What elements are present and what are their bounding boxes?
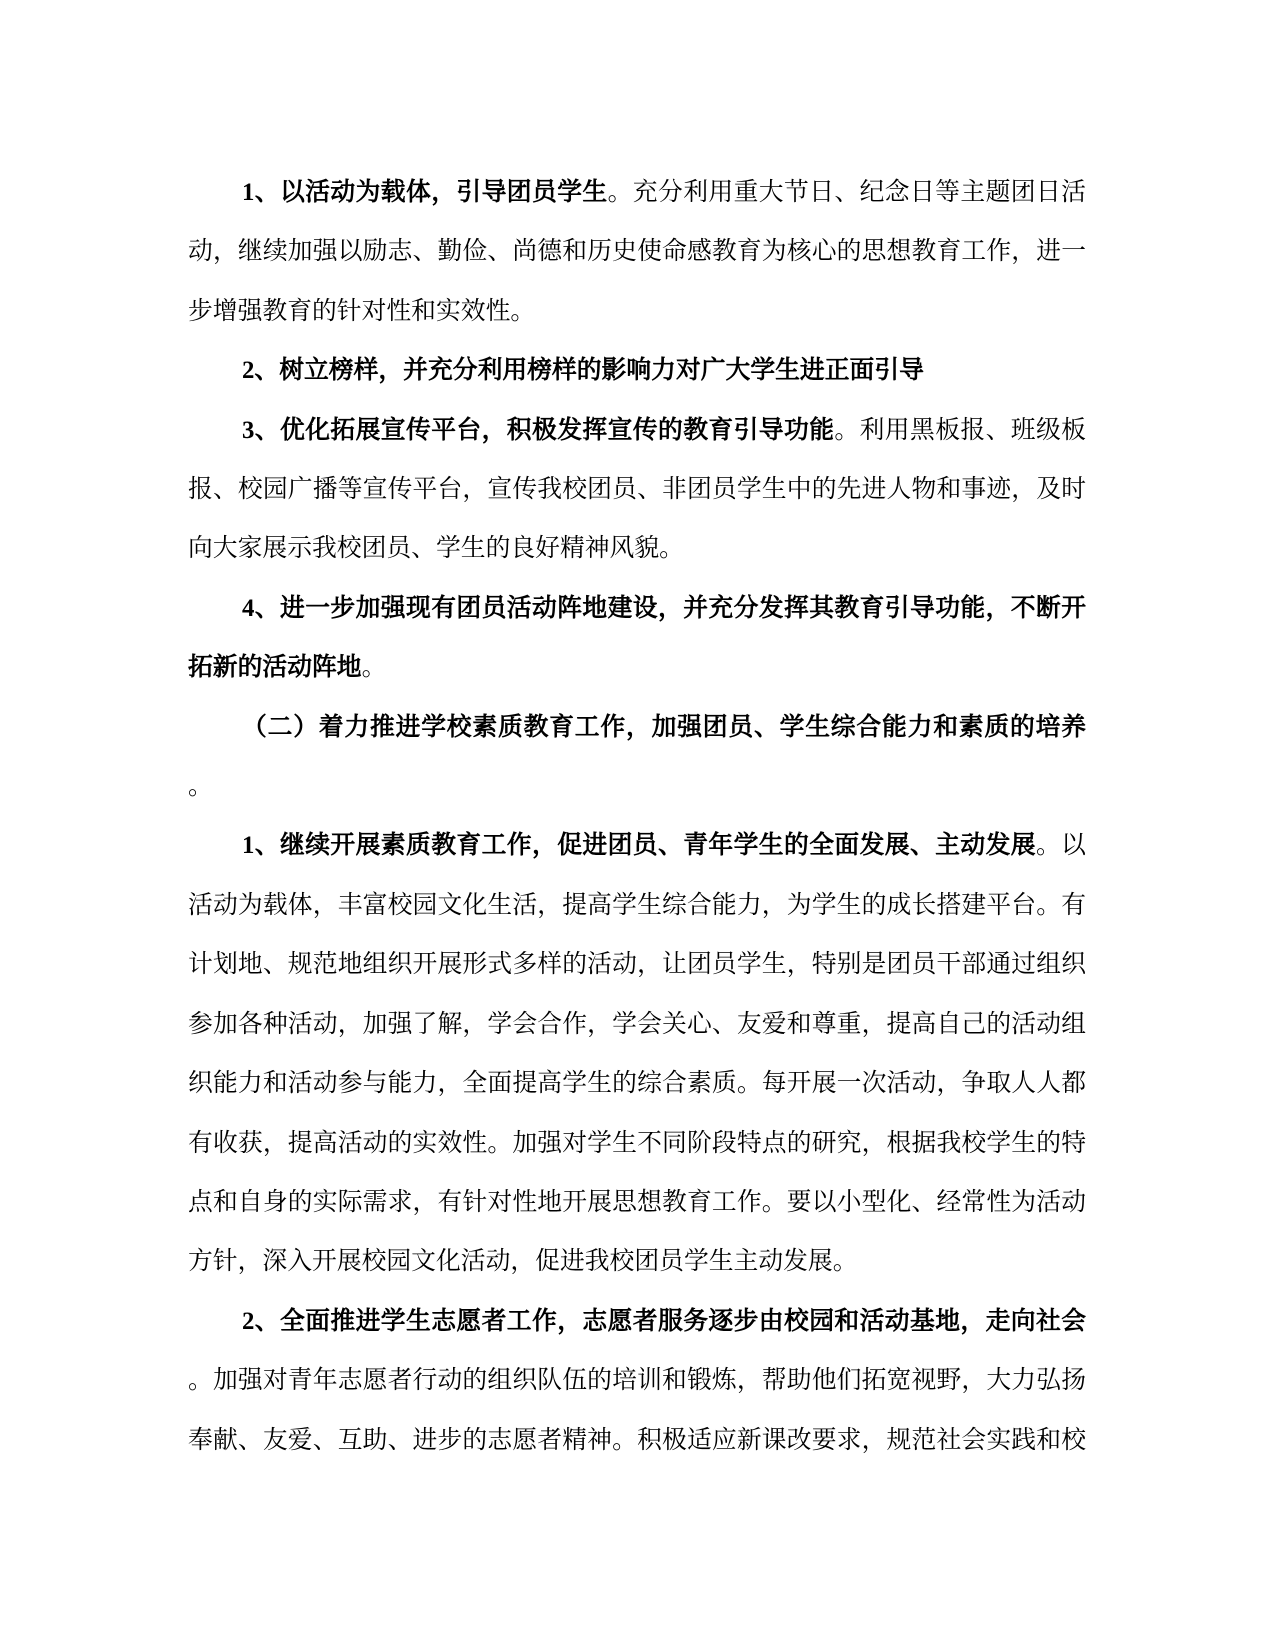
text-line: 参加各种活动，加强了解，学会合作，学会关心、友爱和尊重，提高自己的活动组 bbox=[188, 995, 1086, 1054]
list-item-3: 3、优化拓展宣传平台，积极发挥宣传的教育引导功能。利用黑板报、班级板报、校园广播… bbox=[188, 401, 1086, 579]
bold-text-run: 4、进一步加强现有团员活动阵地建设，并充分发挥其教育引导功能，不断开 bbox=[242, 595, 1086, 622]
text-line: 2、全面推进学生志愿者工作，志愿者服务逐步由校园和活动基地，走向社会 bbox=[188, 1292, 1086, 1351]
text-run: 参加各种活动，加强了解，学会合作，学会关心、友爱和尊重，提高自己的活动组 bbox=[188, 1011, 1086, 1038]
text-line: 3、优化拓展宣传平台，积极发挥宣传的教育引导功能。利用黑板报、班级板 bbox=[188, 401, 1086, 460]
text-run: 。 bbox=[362, 654, 387, 681]
text-line: 2、树立榜样，并充分利用榜样的影响力对广大学生进正面引导 bbox=[188, 341, 1086, 400]
bold-text-run: 拓新的活动阵地 bbox=[188, 654, 362, 681]
text-run: 有收获，提高活动的实效性。加强对学生不同阶段特点的研究，根据我校学生的特 bbox=[188, 1130, 1086, 1157]
text-line: 。 bbox=[188, 757, 1086, 816]
sub-item-1: 1、继续开展素质教育工作，促进团员、青年学生的全面发展、主动发展。以活动为载体，… bbox=[188, 816, 1086, 1291]
text-run: 方针，深入开展校园文化活动，促进我校团员学生主动发展。 bbox=[188, 1248, 858, 1275]
text-line: 方针，深入开展校园文化活动，促进我校团员学生主动发展。 bbox=[188, 1232, 1086, 1291]
text-line: 步增强教育的针对性和实效性。 bbox=[188, 282, 1086, 341]
list-item-2: 2、树立榜样，并充分利用榜样的影响力对广大学生进正面引导 bbox=[188, 341, 1086, 400]
text-run: 向大家展示我校团员、学生的良好精神风貌。 bbox=[188, 535, 684, 562]
text-run: 步增强教育的针对性和实效性。 bbox=[188, 298, 535, 325]
text-run: 。 bbox=[188, 773, 213, 800]
text-line: （二）着力推进学校素质教育工作，加强团员、学生综合能力和素质的培养 bbox=[188, 698, 1086, 757]
text-line: 1、继续开展素质教育工作，促进团员、青年学生的全面发展、主动发展。以 bbox=[188, 816, 1086, 875]
text-run: 。充分利用重大节日、纪念日等主题团日活 bbox=[608, 179, 1086, 206]
text-line: 向大家展示我校团员、学生的良好精神风貌。 bbox=[188, 519, 1086, 578]
sub-item-2: 2、全面推进学生志愿者工作，志愿者服务逐步由校园和活动基地，走向社会。加强对青年… bbox=[188, 1292, 1086, 1470]
text-line: 1、以活动为载体，引导团员学生。充分利用重大节日、纪念日等主题团日活 bbox=[188, 163, 1086, 222]
text-line: 报、校园广播等宣传平台，宣传我校团员、非团员学生中的先进人物和事迹，及时 bbox=[188, 460, 1086, 519]
bold-text-run: 2、树立榜样，并充分利用榜样的影响力对广大学生进正面引导 bbox=[242, 357, 924, 384]
text-run: 织能力和活动参与能力，全面提高学生的综合素质。每开展一次活动，争取人人都 bbox=[188, 1070, 1086, 1097]
text-run: 。以 bbox=[1036, 832, 1086, 859]
list-item-1: 1、以活动为载体，引导团员学生。充分利用重大节日、纪念日等主题团日活动，继续加强… bbox=[188, 163, 1086, 341]
text-run: 。加强对青年志愿者行动的组织队伍的培训和锻炼，帮助他们拓宽视野，大力弘扬 bbox=[188, 1367, 1086, 1394]
text-run: 报、校园广播等宣传平台，宣传我校团员、非团员学生中的先进人物和事迹，及时 bbox=[188, 476, 1086, 503]
text-run: 计划地、规范地组织开展形式多样的活动，让团员学生，特别是团员干部通过组织 bbox=[188, 951, 1086, 978]
text-run: 动，继续加强以励志、勤俭、尚德和历史使命感教育为核心的思想教育工作，进一 bbox=[188, 238, 1086, 265]
bold-text-run: 2、全面推进学生志愿者工作，志愿者服务逐步由校园和活动基地，走向社会 bbox=[242, 1308, 1086, 1335]
text-line: 动，继续加强以励志、勤俭、尚德和历史使命感教育为核心的思想教育工作，进一 bbox=[188, 222, 1086, 281]
section-heading-2: （二）着力推进学校素质教育工作，加强团员、学生综合能力和素质的培养。 bbox=[188, 698, 1086, 817]
bold-text-run: 1、以活动为载体，引导团员学生 bbox=[242, 179, 608, 206]
text-line: 点和自身的实际需求，有针对性地开展思想教育工作。要以小型化、经常性为活动 bbox=[188, 1173, 1086, 1232]
document-page: 1、以活动为载体，引导团员学生。充分利用重大节日、纪念日等主题团日活动，继续加强… bbox=[0, 0, 1275, 1650]
text-line: 活动为载体，丰富校园文化生活，提高学生综合能力，为学生的成长搭建平台。有 bbox=[188, 876, 1086, 935]
text-run: 活动为载体，丰富校园文化生活，提高学生综合能力，为学生的成长搭建平台。有 bbox=[188, 892, 1086, 919]
text-line: 拓新的活动阵地。 bbox=[188, 638, 1086, 697]
bold-text-run: （二）着力推进学校素质教育工作，加强团员、学生综合能力和素质的培养 bbox=[242, 714, 1086, 741]
text-run: 奉献、友爱、互助、进步的志愿者精神。积极适应新课改要求，规范社会实践和校 bbox=[188, 1427, 1086, 1454]
text-line: 。加强对青年志愿者行动的组织队伍的培训和锻炼，帮助他们拓宽视野，大力弘扬 bbox=[188, 1351, 1086, 1410]
text-line: 4、进一步加强现有团员活动阵地建设，并充分发挥其教育引导功能，不断开 bbox=[188, 579, 1086, 638]
text-line: 织能力和活动参与能力，全面提高学生的综合素质。每开展一次活动，争取人人都 bbox=[188, 1054, 1086, 1113]
text-run: 点和自身的实际需求，有针对性地开展思想教育工作。要以小型化、经常性为活动 bbox=[188, 1189, 1086, 1216]
bold-text-run: 3、优化拓展宣传平台，积极发挥宣传的教育引导功能 bbox=[242, 417, 834, 444]
text-line: 计划地、规范地组织开展形式多样的活动，让团员学生，特别是团员干部通过组织 bbox=[188, 935, 1086, 994]
list-item-4: 4、进一步加强现有团员活动阵地建设，并充分发挥其教育引导功能，不断开拓新的活动阵… bbox=[188, 579, 1086, 698]
document-body: 1、以活动为载体，引导团员学生。充分利用重大节日、纪念日等主题团日活动，继续加强… bbox=[0, 0, 1275, 1470]
text-run: 。利用黑板报、班级板 bbox=[834, 417, 1086, 444]
text-line: 有收获，提高活动的实效性。加强对学生不同阶段特点的研究，根据我校学生的特 bbox=[188, 1114, 1086, 1173]
text-line: 奉献、友爱、互助、进步的志愿者精神。积极适应新课改要求，规范社会实践和校 bbox=[188, 1411, 1086, 1470]
bold-text-run: 1、继续开展素质教育工作，促进团员、青年学生的全面发展、主动发展 bbox=[242, 832, 1036, 859]
